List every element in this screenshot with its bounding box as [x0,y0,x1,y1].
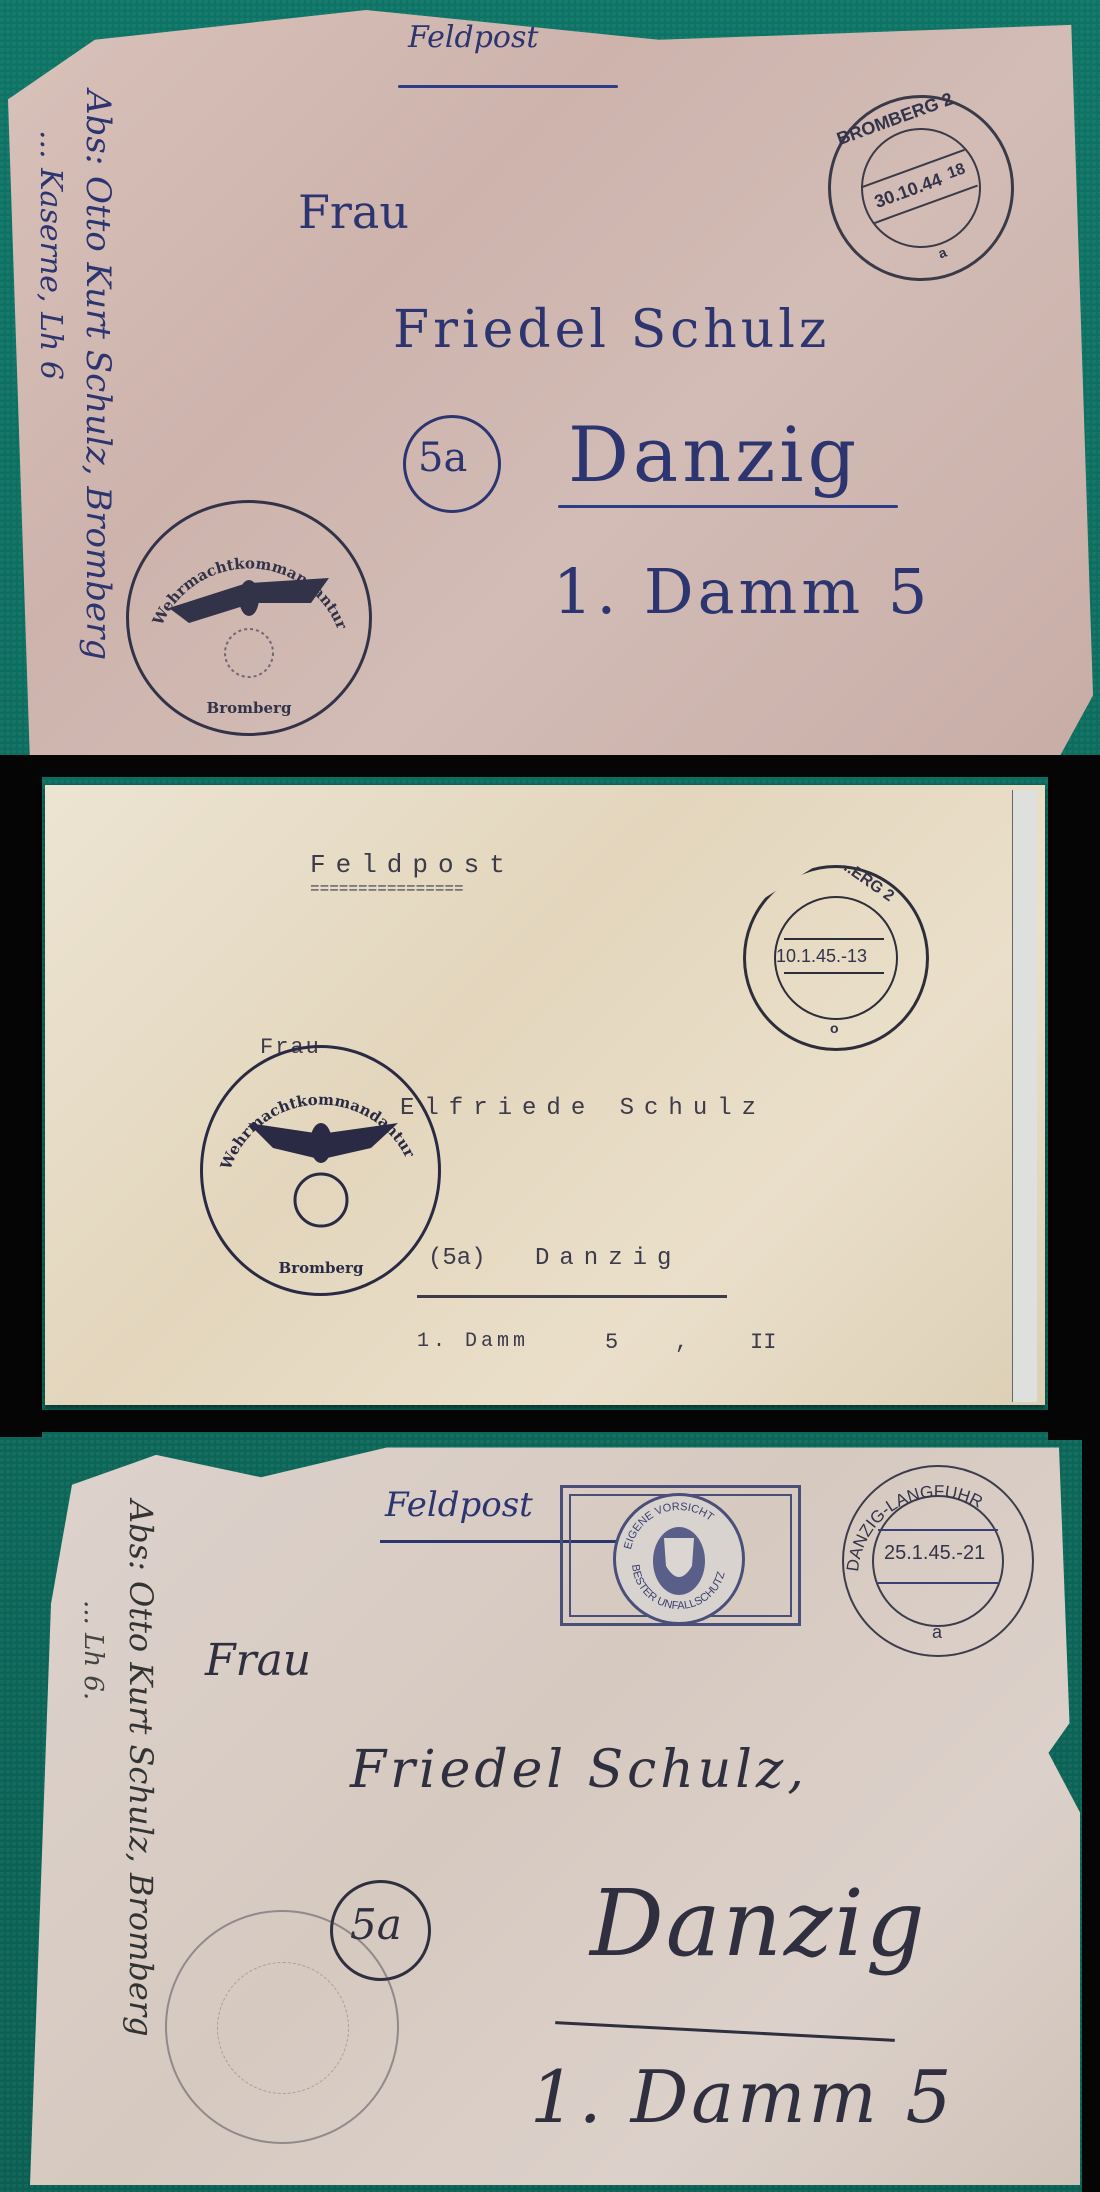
faint-seal [165,1910,399,2144]
city-underline [555,2021,895,2042]
recipient-city: Danzig [568,410,860,499]
separator-band [1082,1432,1100,2192]
recipient-city: Danzig [535,1245,681,1272]
envelope-2: Feldpost ================ Frau Elfriede … [45,785,1045,1405]
meter-stamp: EIGENE VORSICHT BESTER UNFALLSCHUTZ [560,1485,801,1626]
postmark-bromberg: BROMBERG 2 30.10.44 18 a [802,69,1040,307]
recipient-name: Elfriede Schulz [400,1095,766,1122]
wehrmacht-eagle-seal: Wehrmachtkommandantur Bromberg [126,500,372,736]
sender-line-2: ... Kaserne, Lh 6 [33,130,68,380]
sender-line-2: ... Lh 6. [78,1600,108,1700]
svg-text:Bromberg: Bromberg [207,699,292,717]
recipient-salutation: Frau [298,185,409,239]
recipient-number: 5 [605,1330,628,1355]
sender-line-1: Abs: Otto Kurt Schulz, Bromberg [122,1500,160,2037]
envelope-3: Feldpost Abs: Otto Kurt Schulz, Bromberg… [30,1440,1080,2185]
postmark-bromberg: ...ERG 2 10.1.45.-13 o [743,865,929,1051]
safety-slogan-seal: EIGENE VORSICHT BESTER UNFALLSCHUTZ [613,1493,745,1625]
recipient-street: 1. Damm 5 [530,2055,954,2139]
recipient-postcode: 5a [418,435,467,481]
recipient-street: 1. Damm [417,1330,529,1353]
label-underline [398,85,618,88]
envelope-1: Feldpost Abs: Otto Kurt Schulz, Bromberg… [8,10,1093,755]
recipient-city: Danzig [590,1870,927,1977]
separator-band [1048,770,1100,1440]
recipient-floor: II [750,1330,776,1355]
recipient-name: Friedel Schulz [393,300,830,360]
envelope-2-back-edge [1012,790,1037,1402]
recipient-salutation: Frau [205,1635,311,1686]
recipient-separator: , [675,1330,698,1355]
feldpost-label: Feldpost [385,1485,533,1525]
feldpost-label: Feldpost [310,850,515,880]
wehrmacht-eagle-seal: Wehrmachtkommandantur Bromberg [200,1045,441,1296]
recipient-street: 1. Damm 5 [553,555,931,628]
city-underline [558,505,898,508]
postmark-danzig-langfuhr: DANZIG-LANGFUHR 25.1.45.-21 a [842,1465,1034,1657]
sender-line-1: Abs: Otto Kurt Schulz, Bromberg [78,90,118,660]
label-underline: ================ [310,880,464,898]
city-underline [417,1295,727,1298]
svg-text:Bromberg: Bromberg [279,1259,364,1277]
separator-band [0,777,42,1437]
recipient-name: Friedel Schulz, [350,1740,808,1800]
separator-band [0,755,1100,777]
separator-band [0,1410,1100,1432]
